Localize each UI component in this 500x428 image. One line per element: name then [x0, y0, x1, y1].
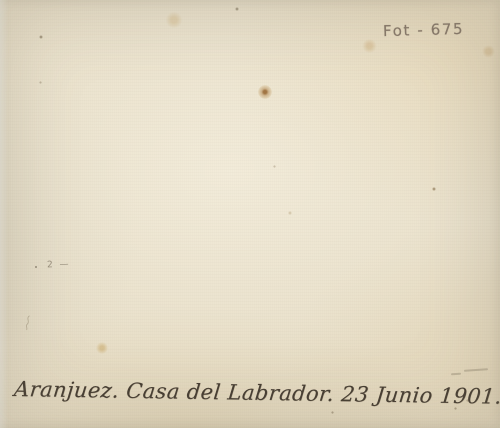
- pencil-dot-mark: [35, 266, 37, 268]
- photo-verso-card: Fot - 675 2 — Aranjuez. Casa del Labrado…: [0, 0, 500, 428]
- pencil-catalog-number: Fot - 675: [383, 20, 465, 40]
- foxing-spot: [39, 81, 42, 84]
- foxing-spot: [258, 85, 272, 99]
- card-edge-highlight: [0, 0, 8, 428]
- foxing-spot: [165, 12, 183, 28]
- handwritten-inscription: Aranjuez. Casa del Labrador. 23 Junio 19…: [13, 377, 500, 409]
- foxing-spot: [432, 187, 436, 191]
- pencil-smudge: [464, 368, 488, 372]
- foxing-spot: [273, 165, 276, 168]
- pencil-squiggle-mark: [24, 315, 32, 331]
- foxing-spot: [482, 45, 495, 58]
- foxing-spot: [235, 7, 239, 11]
- foxing-spot: [96, 342, 108, 354]
- pencil-smudge: [451, 373, 461, 376]
- foxing-spot: [331, 411, 334, 414]
- foxing-spot: [39, 35, 43, 39]
- foxing-spot: [288, 211, 292, 215]
- foxing-spot: [362, 39, 377, 53]
- pencil-margin-mark: 2 —: [47, 260, 71, 271]
- aged-edge-vignette: [0, 0, 500, 428]
- paper-grain-texture: [0, 0, 500, 428]
